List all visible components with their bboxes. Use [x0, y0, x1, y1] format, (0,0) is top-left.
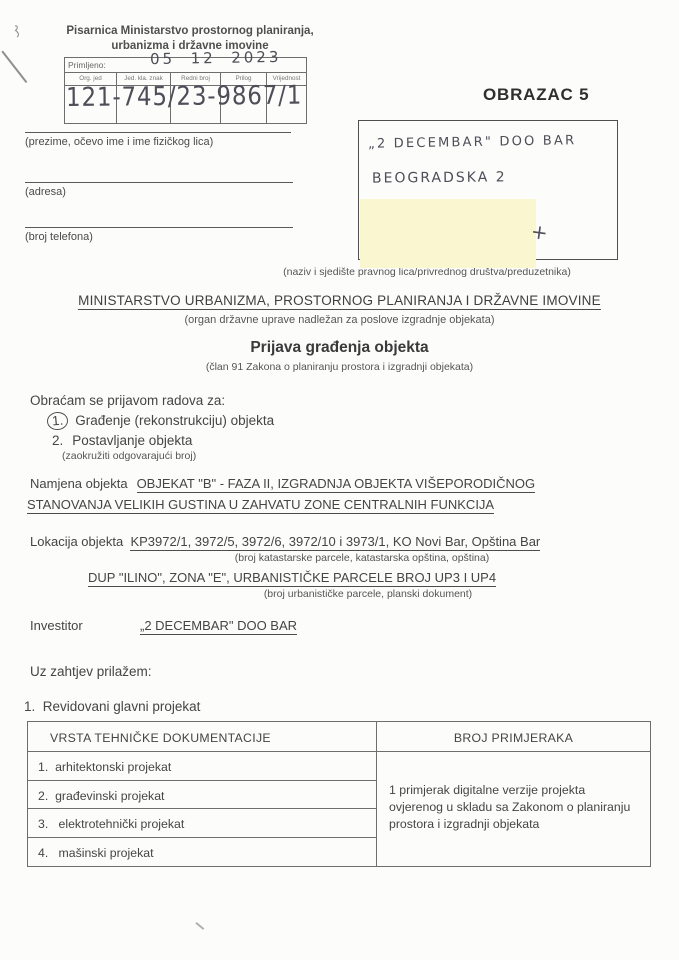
request-note: (zaokružiti odgovarajući broj) [62, 450, 196, 462]
doc-table-header-copies: BROJ PRIMJERAKA [377, 722, 650, 752]
location-caption: (broj katastarske parcele, katastarska o… [112, 552, 612, 564]
plan-line: DUP "ILINO", ZONA "E", URBANISTIČKE PARC… [88, 570, 496, 585]
field-person-name-label: (prezime, očevo ime i ime fizičkog lica) [25, 133, 291, 148]
investor-value: „2 DECEMBAR" DOO BAR [140, 618, 297, 633]
purpose-value-line2: STANOVANJA VELIKIH GUSTINA U ZAHVATU ZON… [27, 497, 494, 514]
pen-mark-plus: + [529, 219, 549, 245]
field-person-name: (prezime, očevo ime i ime fizičkog lica) [25, 132, 291, 148]
documentation-table: VRSTA TEHNIČKE DOKUMENTACIJE BROJ PRIMJE… [27, 721, 651, 867]
purpose-value-line1: OBJEKAT "B" - FAZA II, IZGRADNJA OBJEKTA… [137, 476, 536, 493]
location-label: Lokacija objekta [30, 534, 123, 549]
doc-table-header-type: VRSTA TEHNIČKE DOKUMENTACIJE [28, 722, 377, 752]
form-title: Prijava građenja objekta [0, 339, 679, 357]
pen-mark-small [196, 922, 205, 930]
ministry-name: MINISTARSTVO URBANIZMA, PROSTORNOG PLANI… [0, 293, 679, 308]
request-option-1: 1.Građenje (rekonstrukciju) objekta [47, 412, 274, 430]
pen-mark-squiggle [12, 23, 24, 39]
purpose-block: Namjena objektaOBJEKAT "B" - FAZA II, IZ… [27, 474, 659, 515]
doc-table-note: 1 primjerak digitalne verzije projekta o… [377, 752, 650, 866]
doc-table-row: 2. građevinski projekat [28, 781, 377, 810]
purpose-label: Namjena objekta [30, 476, 128, 491]
stamp-received-date-handwritten: 05 12 2023 [150, 48, 282, 68]
request-option-label: Postavljanje objekta [72, 433, 192, 448]
plan-value: DUP "ILINO", ZONA "E", URBANISTIČKE PARC… [88, 570, 496, 587]
location-value: KP3972/1, 3972/5, 3972/6, 3972/10 i 3973… [130, 534, 540, 551]
plan-caption: (broj urbanističke parcele, planski doku… [118, 588, 618, 600]
ministry-caption: (organ državne uprave nadležan za poslov… [0, 314, 679, 326]
field-phone-label: (broj telefona) [25, 228, 293, 243]
attachments-intro: Uz zahtjev prilažem: [30, 664, 152, 679]
field-phone: (broj telefona) [25, 227, 293, 243]
scanned-form-page: Pisarnica Ministarstvo prostornog planir… [0, 0, 679, 960]
pen-stroke-diagonal [1, 50, 27, 83]
circled-option-number: 1. [46, 411, 69, 431]
field-address: (adresa) [25, 182, 293, 198]
doc-table-row: 1. arhitektonski projekat [28, 752, 377, 781]
request-option-label: Građenje (rekonstrukciju) objekta [75, 413, 274, 428]
applicant-address-handwritten: BEOGRADSKA 2 [372, 169, 507, 186]
request-option-2: 2.Postavljanje objekta [52, 433, 192, 448]
stamp-case-number-handwritten: 121-745/23-9867/1 [66, 81, 302, 113]
form-code: OBRAZAC 5 [483, 85, 589, 105]
stamp-title-line1: Pisarnica Ministarstvo prostornog planir… [40, 24, 340, 39]
location-line: Lokacija objekta KP3972/1, 3972/5, 3972/… [30, 534, 540, 549]
redaction-highlight [360, 199, 536, 268]
option-number: 2. [52, 433, 63, 448]
field-address-label: (adresa) [25, 183, 293, 198]
attachment-item-1: 1. Revidovani glavni projekat [24, 699, 200, 714]
investor-label: Investitor [30, 618, 83, 633]
doc-table-row: 3. elektrotehnički projekat [28, 809, 377, 838]
form-title-caption: (član 91 Zakona o planiranju prostora i … [0, 361, 679, 373]
request-intro: Obraćam se prijavom radova za: [30, 393, 225, 408]
doc-table-row: 4. mašinski projekat [28, 838, 377, 867]
